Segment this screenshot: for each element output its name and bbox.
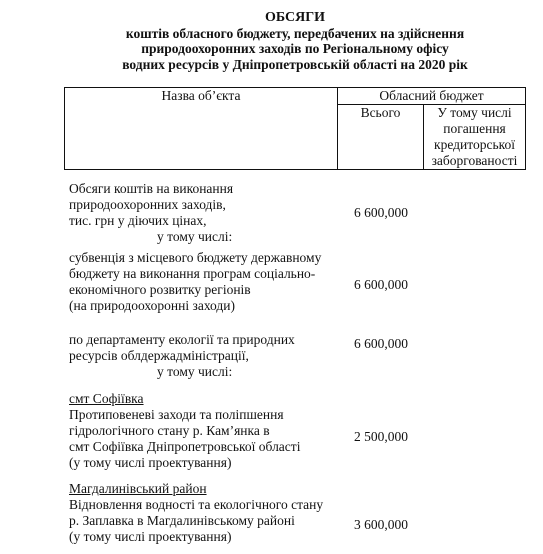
row-name: по департаменту екології та природних ре… <box>69 332 334 380</box>
row-name: смт Софіївка Протиповеневі заходи та пол… <box>69 391 334 471</box>
title-line-3: водних ресурсів у Дніпропетровській обла… <box>40 57 543 73</box>
row-text-line: Відновлення водності та екологічного ста… <box>69 497 334 513</box>
header-total: Всього <box>338 105 424 170</box>
budget-row: Магдалинівський район Відновлення воднос… <box>69 481 334 545</box>
row-value: 6 600,000 <box>354 277 408 293</box>
row-name: Магдалинівський район Відновлення воднос… <box>69 481 334 545</box>
row-text-line: природоохоронних заходів, <box>69 197 334 213</box>
header-incl-line: У тому числі <box>424 105 525 121</box>
budget-table-header: Назва об’єкта Обласний бюджет Всього У т… <box>64 87 526 170</box>
row-value: 6 600,000 <box>354 205 408 221</box>
header-incl-line: погашення <box>424 121 525 137</box>
header-regional-budget: Обласний бюджет <box>338 88 526 105</box>
row-text-line: Обсяги коштів на виконання <box>69 181 334 197</box>
budget-row: субвенція з місцевого бюджету державному… <box>69 250 334 314</box>
row-text-indented: у тому числі: <box>69 364 334 380</box>
row-text-line: субвенція з місцевого бюджету державному <box>69 250 334 266</box>
row-location-heading: Магдалинівський район <box>69 481 334 497</box>
row-text-line: смт Софіївка Дніпропетровської області <box>69 439 334 455</box>
row-value: 3 600,000 <box>354 517 408 533</box>
title-line-2: природоохоронних заходів по Регіональном… <box>40 41 543 57</box>
row-text-line: Протиповеневі заходи та поліпшення <box>69 407 334 423</box>
document-title: ОБСЯГИ коштів обласного бюджету, передба… <box>40 10 543 72</box>
row-value: 2 500,000 <box>354 429 408 445</box>
row-text-line: (у тому числі проектування) <box>69 529 334 545</box>
budget-row: по департаменту екології та природних ре… <box>69 332 334 380</box>
title-line-1: коштів обласного бюджету, передбачених н… <box>40 26 543 42</box>
header-incl-line: кредиторської <box>424 137 525 153</box>
budget-row: смт Софіївка Протиповеневі заходи та пол… <box>69 391 334 471</box>
row-text-line: р. Заплавка в Магдалинівському районі <box>69 513 334 529</box>
row-text-line: тис. грн у діючих цінах, <box>69 213 334 229</box>
row-text-line: гідрологічного стану р. Кам’янка в <box>69 423 334 439</box>
row-text-line: по департаменту екології та природних <box>69 332 334 348</box>
row-text-line: бюджету на виконання програм соціально- <box>69 266 334 282</box>
row-name: субвенція з місцевого бюджету державному… <box>69 250 334 314</box>
header-object-name: Назва об’єкта <box>65 88 338 170</box>
header-including-debt: У тому числі погашення кредиторської заб… <box>424 105 526 170</box>
row-text-line: ресурсів облдержадміністрації, <box>69 348 334 364</box>
row-text-indented: у тому числі: <box>69 229 334 245</box>
row-text-line: (у тому числі проектування) <box>69 455 334 471</box>
row-text-line: економічного розвитку регіонів <box>69 282 334 298</box>
row-name: Обсяги коштів на виконання природоохорон… <box>69 181 334 245</box>
budget-row: Обсяги коштів на виконання природоохорон… <box>69 181 334 245</box>
header-incl-line: заборгованості <box>424 153 525 169</box>
row-location-heading: смт Софіївка <box>69 391 334 407</box>
row-value: 6 600,000 <box>354 336 408 352</box>
title-main: ОБСЯГИ <box>40 10 543 26</box>
row-text-line: (на природоохоронні заходи) <box>69 298 334 314</box>
